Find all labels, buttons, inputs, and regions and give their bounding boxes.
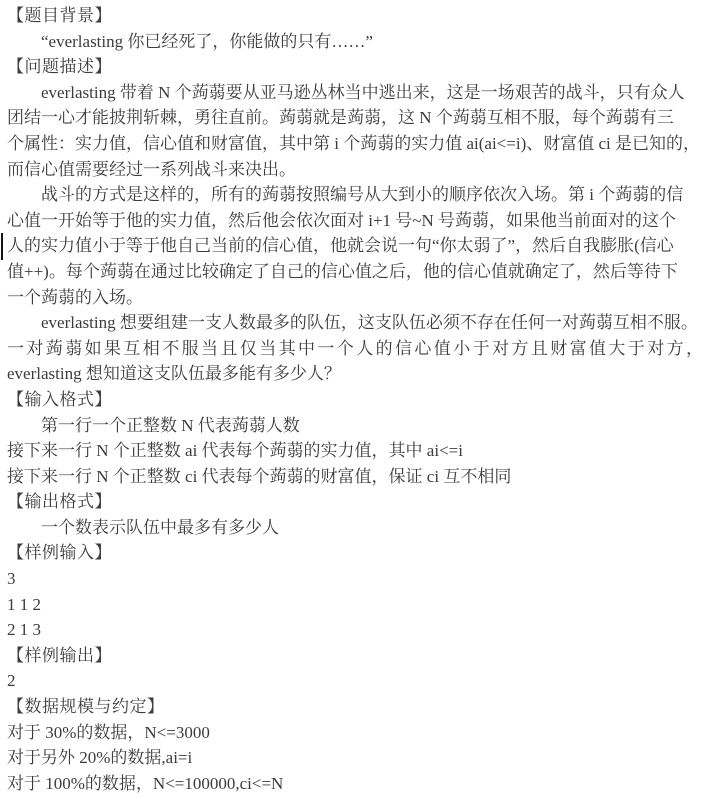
constraint-line: 对于 100%的数据，N<=100000,ci<=N bbox=[7, 771, 720, 797]
heading-data-constraints: 【数据规模与约定】 bbox=[7, 694, 720, 720]
text-line: “everlasting 你已经死了，你能做的只有……” bbox=[7, 29, 720, 55]
constraint-line: 对于另外 20%的数据,ai=i bbox=[7, 745, 720, 771]
text-line: 心值一开始等于他的实力值，然后他会依次面对 i+1 号~N 号蒟蒻，如果他当前面… bbox=[7, 208, 720, 234]
sample-input-line: 1 1 2 bbox=[7, 592, 720, 618]
text-line: 值++)。每个蒟蒻在通过比较确定了自己的信心值之后，他的信心值就确定了，然后等待… bbox=[7, 259, 720, 285]
text-line: 接下来一行 N 个正整数 ci 代表每个蒟蒻的财富值，保证 ci 互不相同 bbox=[7, 464, 720, 490]
sample-input-line: 3 bbox=[7, 566, 720, 592]
heading-problem-background: 【题目背景】 bbox=[7, 3, 720, 29]
sample-output-line: 2 bbox=[7, 668, 720, 694]
text-line: everlasting 带着 N 个蒟蒻要从亚马逊丛林当中逃出来，这是一场艰苦的… bbox=[7, 80, 720, 106]
constraint-line: 对于 30%的数据，N<=3000 bbox=[7, 720, 720, 746]
text-line: 一个数表示队伍中最多有多少人 bbox=[7, 515, 720, 541]
text-line: 人的实力值小于等于他自己当前的信心值，他就会说一句“你太弱了”，然后自我膨胀(信… bbox=[7, 233, 720, 259]
text-line: 个属性：实力值，信心值和财富值，其中第 i 个蒟蒻的实力值 ai(ai<=i)、… bbox=[7, 131, 720, 157]
problem-statement-page[interactable]: 【题目背景】 “everlasting 你已经死了，你能做的只有……” 【问题描… bbox=[0, 0, 720, 799]
text-line: everlasting 想知道这支队伍最多能有多少人？ bbox=[7, 361, 720, 387]
text-line: 战斗的方式是这样的，所有的蒟蒻按照编号从大到小的顺序依次入场。第 i 个蒟蒻的信 bbox=[7, 182, 720, 208]
text-line: 而信心值需要经过一系列战斗来决出。 bbox=[7, 157, 720, 183]
text-cursor bbox=[1, 233, 3, 260]
text-line: 一对蒟蒻如果互相不服当且仅当其中一个人的信心值小于对方且财富值大于对方， bbox=[7, 336, 720, 362]
text-line: 团结一心才能披荆斩棘，勇往直前。蒟蒻就是蒟蒻，这 N 个蒟蒻互相不服，每个蒟蒻有… bbox=[7, 105, 720, 131]
text-line: everlasting 想要组建一支人数最多的队伍，这支队伍必须不存在任何一对蒟… bbox=[7, 310, 720, 336]
sample-input-line: 2 1 3 bbox=[7, 617, 720, 643]
heading-sample-output: 【样例输出】 bbox=[7, 643, 720, 669]
text-line: 接下来一行 N 个正整数 ai 代表每个蒟蒻的实力值，其中 ai<=i bbox=[7, 438, 720, 464]
heading-input-format: 【输入格式】 bbox=[7, 387, 720, 413]
heading-problem-description: 【问题描述】 bbox=[7, 54, 720, 80]
heading-sample-input: 【样例输入】 bbox=[7, 540, 720, 566]
text-line: 第一行一个正整数 N 代表蒟蒻人数 bbox=[7, 413, 720, 439]
text-line: 一个蒟蒻的入场。 bbox=[7, 285, 720, 311]
heading-output-format: 【输出格式】 bbox=[7, 489, 720, 515]
